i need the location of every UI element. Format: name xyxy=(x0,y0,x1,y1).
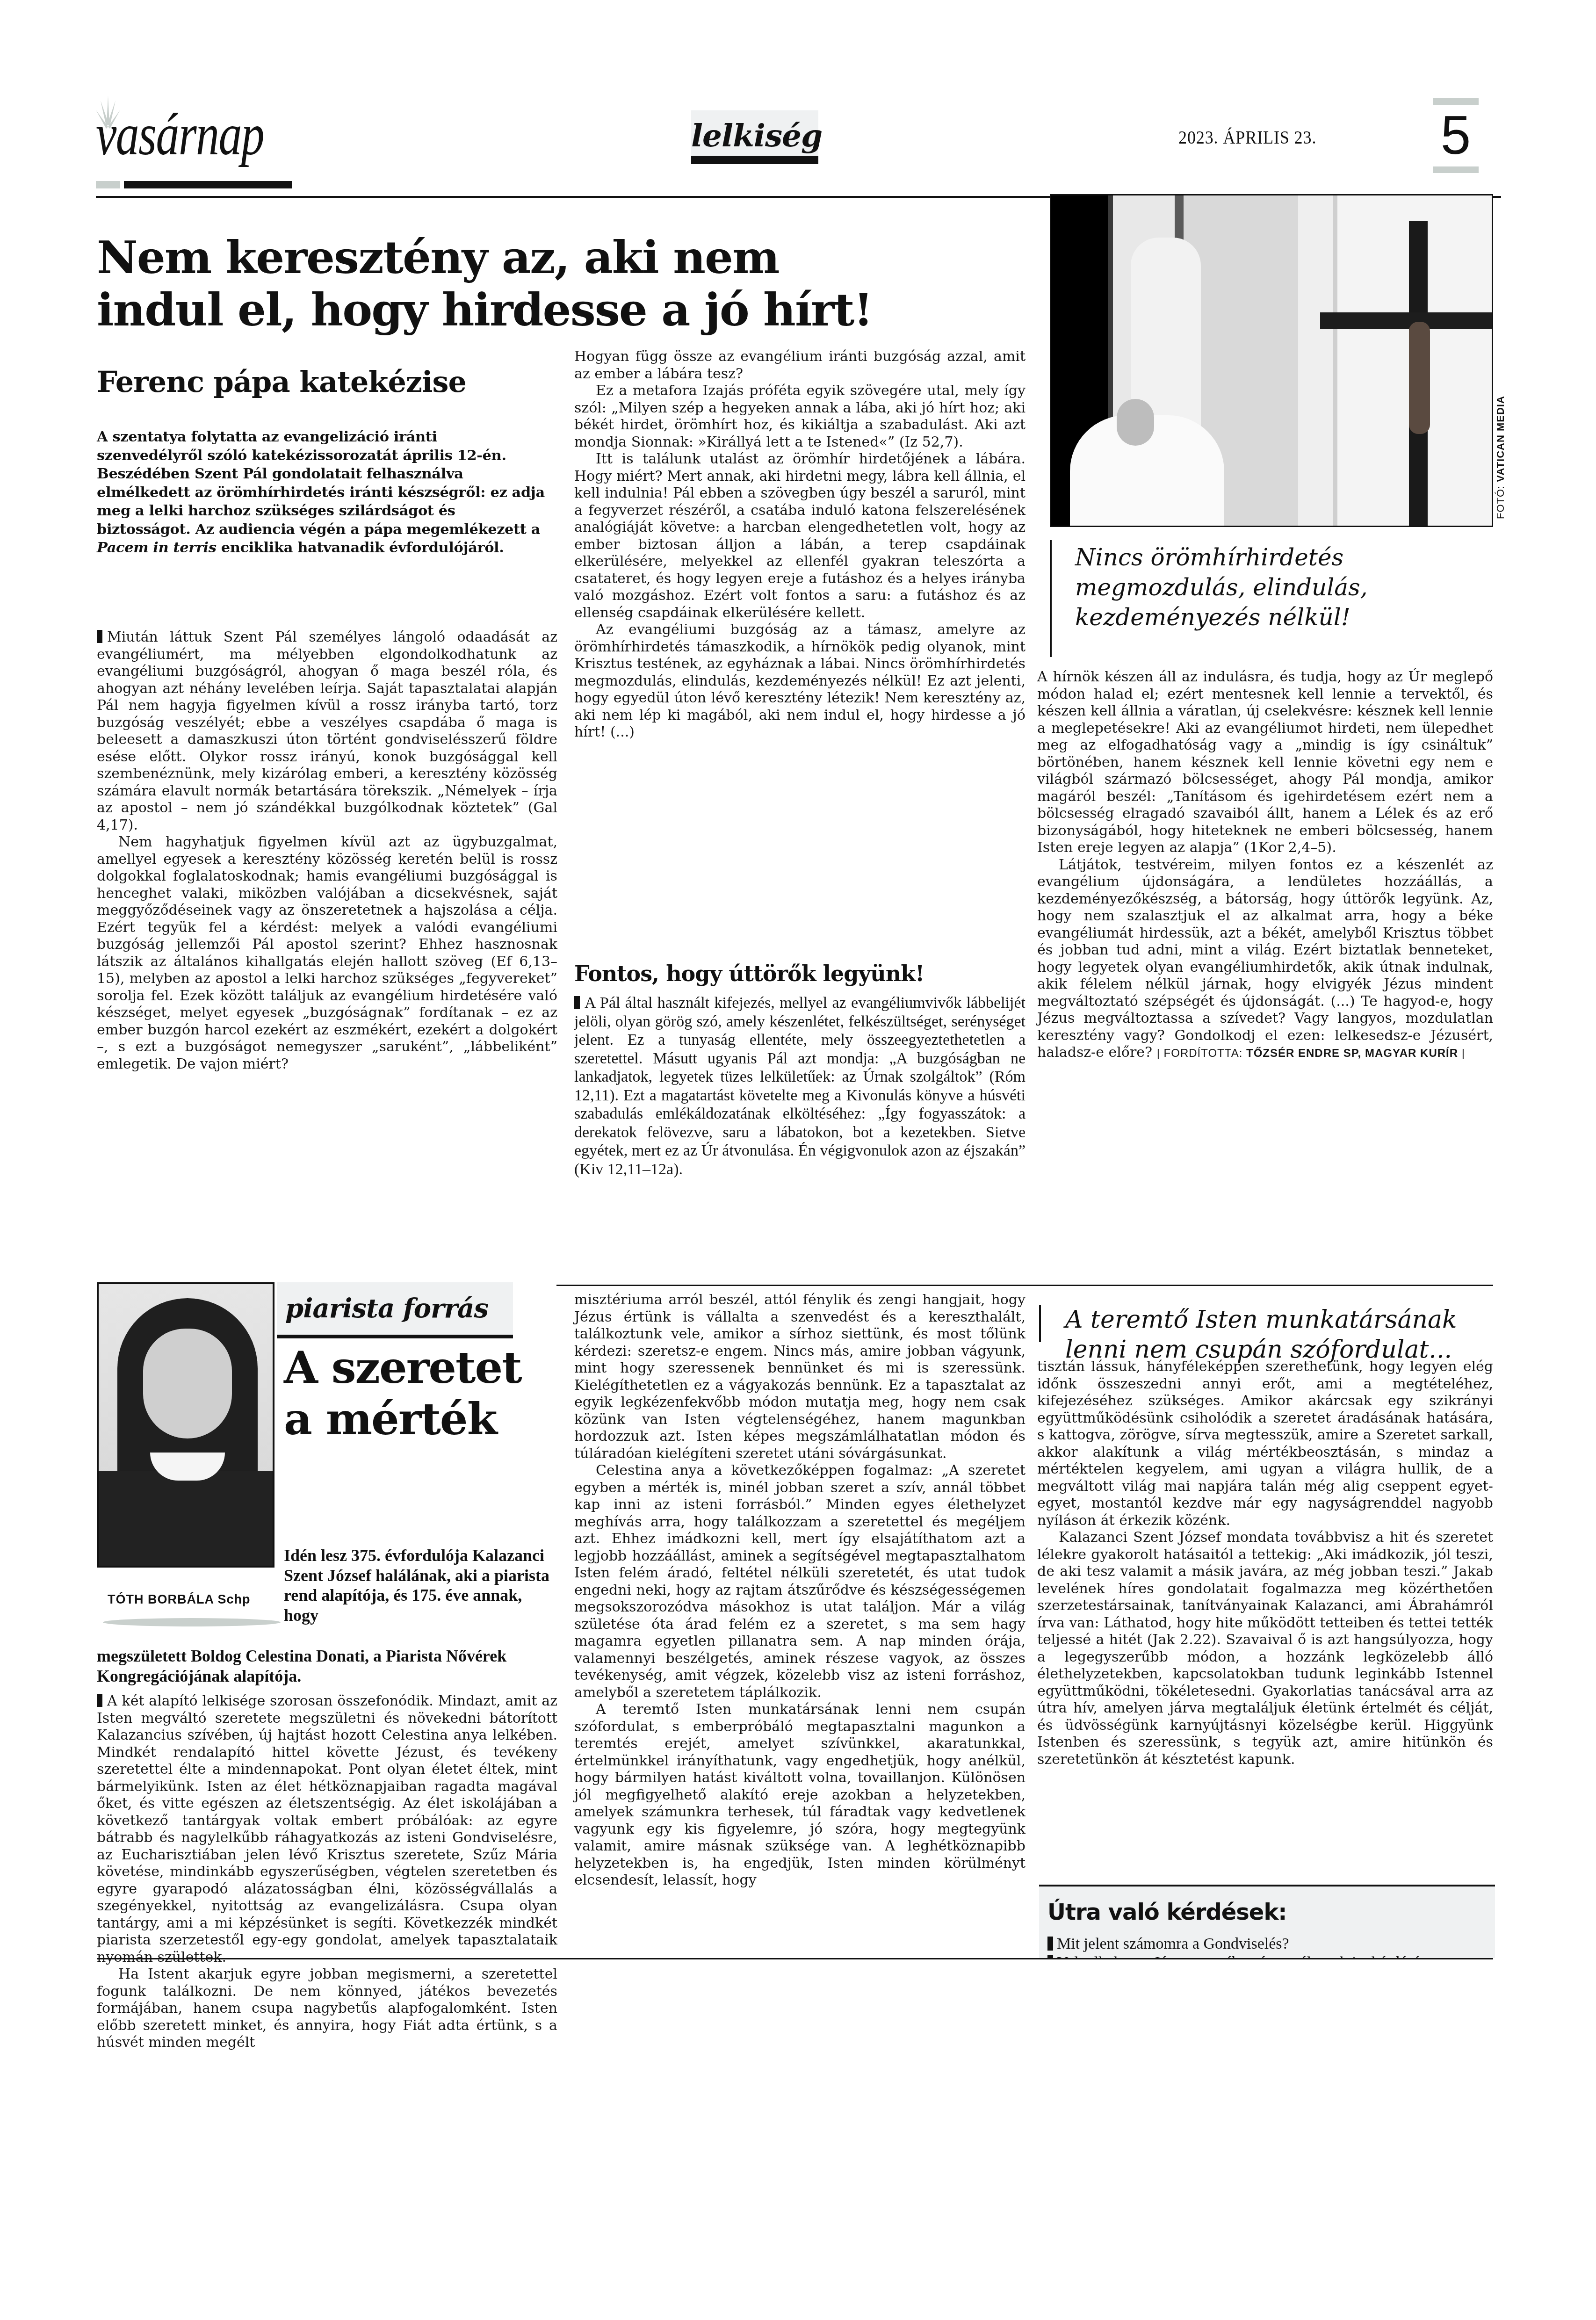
pull-quote: Nincs örömhírhirdetés megmozdulás, elind… xyxy=(1050,540,1494,657)
photo-credit-name: VATICAN MEDIA xyxy=(1495,396,1506,482)
article1-column-1: Miután láttuk Szent Pál személyes lángol… xyxy=(97,629,557,1073)
crucifix-beam xyxy=(1320,312,1493,329)
article-kicker: Ferenc pápa katekézise xyxy=(97,365,466,399)
paragraph: Itt is találunk utalást az örömhír hirde… xyxy=(574,451,1025,622)
pope-crucifix-photo xyxy=(1050,194,1493,527)
author-name: TÓTH BORBÁLA Schp xyxy=(108,1592,250,1607)
article2-column-3: tisztán lássuk, hányféleképpen szerethet… xyxy=(1037,1359,1493,1768)
page-number: 5 xyxy=(1441,105,1471,166)
masthead: vasárnap xyxy=(96,96,339,175)
crucifix-corpus xyxy=(1409,322,1430,434)
paragraph: Nem hagyhatjuk figyelmen kívül azt az üg… xyxy=(97,834,557,1073)
masthead-underline xyxy=(124,181,292,188)
questions-title: Útra való kérdések: xyxy=(1047,1898,1487,1926)
paragraph-marker-icon xyxy=(97,1694,102,1707)
column-tag: piarista forrás xyxy=(277,1282,513,1338)
article1-column-2b: A Pál által használt kifejezés, mellyel … xyxy=(574,994,1025,1178)
questions-box: Útra való kérdések: Mit jelent számomra … xyxy=(1039,1885,1495,1958)
masthead-logo: vasárnap xyxy=(96,104,264,164)
question-text: Mit jelent számomra a Gondviselés? xyxy=(1057,1935,1289,1952)
question-text: Volt alkalmam Jézus szemébe nézve válasz… xyxy=(1047,1954,1437,1958)
author-portrait xyxy=(97,1282,274,1568)
article2-column-2: misztériuma arról beszél, attól fénylik … xyxy=(574,1292,1025,1889)
article2-lead-continued: megszületett Boldog Celestina Donati, a … xyxy=(97,1646,557,1686)
section-divider xyxy=(556,1285,1493,1286)
article2-lead: Idén lesz 375. évfordulója Kalazanci Sze… xyxy=(284,1546,555,1625)
issue-date: 2023. ÁPRILIS 23. xyxy=(1178,126,1316,148)
paragraph: A teremtő Isten munkatársának lenni nem … xyxy=(574,1701,1025,1889)
paragraph-text: A két alapító lelkisége szorosan összefo… xyxy=(97,1693,557,1966)
paragraph: A két alapító lelkisége szorosan összefo… xyxy=(97,1693,557,1966)
paragraph: Hogyan függ össze az evangélium iránti b… xyxy=(574,348,1025,383)
article2-pull-quote: A teremtő Isten munkatársának lenni nem … xyxy=(1039,1305,1483,1342)
paragraph: Látjátok, testvéreim, milyen fontos ez a… xyxy=(1037,857,1493,1062)
article1-column-2: Hogyan függ össze az evangélium iránti b… xyxy=(574,348,1025,741)
lead-emphasis: Pacem in terris xyxy=(97,539,217,556)
article2-column-1: A két alapító lelkisége szorosan összefo… xyxy=(97,1693,557,2052)
bullet-marker-icon xyxy=(1047,1937,1053,1951)
lead-text: A szentatya folytatta az evangelizáció i… xyxy=(97,428,545,538)
article1-column-3: A hírnök készen áll az indulásra, és tud… xyxy=(1037,669,1493,1062)
masthead-accent xyxy=(96,181,120,188)
paragraph: misztériuma arról beszél, attól fénylik … xyxy=(574,1292,1025,1462)
photo-pope-head xyxy=(1117,399,1154,446)
article-lead: A szentatya folytatta az evangelizáció i… xyxy=(97,428,546,557)
article2-headline: A szeretet a mérték xyxy=(284,1342,546,1445)
photo-credit-label: FOTÓ: xyxy=(1495,485,1506,519)
paragraph-marker-icon xyxy=(97,630,102,643)
paragraph-text: Látjátok, testvéreim, milyen fontos ez a… xyxy=(1037,857,1493,1061)
paragraph: Az evangéliumi buzgóság az a támasz, ame… xyxy=(574,622,1025,741)
paragraph-text: Miután láttuk Szent Pál személyes lángol… xyxy=(97,629,557,833)
paragraph: Celestina anya a következőképpen fogalma… xyxy=(574,1462,1025,1701)
paragraph: Miután láttuk Szent Pál személyes lángol… xyxy=(97,629,557,834)
paragraph-marker-icon xyxy=(574,996,580,1009)
paragraph: tisztán lássuk, hányféleképpen szerethet… xyxy=(1037,1359,1493,1529)
question-item: Mit jelent számomra a Gondviselés? xyxy=(1047,1935,1487,1953)
section-label: lelkiség xyxy=(691,117,822,154)
translator-label: FORDÍTOTTA: xyxy=(1164,1047,1243,1060)
caption-underline xyxy=(103,1618,281,1626)
page-number-box: 5 xyxy=(1433,98,1479,173)
paragraph-text: A Pál által használt kifejezés, mellyel … xyxy=(574,994,1025,1178)
bottom-divider xyxy=(97,1958,1493,1959)
column-tag-label: piarista forrás xyxy=(285,1293,488,1324)
question-item: Volt alkalmam Jézus szemébe nézve válasz… xyxy=(1047,1953,1487,1958)
questions-list: Mit jelent számomra a Gondviselés? Volt … xyxy=(1047,1935,1487,1958)
section-tag: lelkiség xyxy=(691,110,818,164)
lead-text-end: enciklika hatvanadik évfordulójáról. xyxy=(217,539,504,556)
paragraph: A Pál által használt kifejezés, mellyel … xyxy=(574,994,1025,1178)
translator-credit: | FORDÍTOTTA: TŐZSÉR ENDRE SP, MAGYAR KU… xyxy=(1157,1047,1465,1060)
photo-credit: FOTÓ: VATICAN MEDIA xyxy=(1495,396,1507,519)
portrait-face xyxy=(143,1329,232,1438)
article1-subhead: Fontos, hogy úttörők legyünk! xyxy=(574,961,924,986)
article-headline: Nem keresztény az, aki nem indul el, hog… xyxy=(97,231,892,336)
translator-name: TŐZSÉR ENDRE SP, MAGYAR KURÍR xyxy=(1246,1047,1458,1060)
paragraph: Ha Istent akarjuk egyre jobban megismern… xyxy=(97,1966,557,2052)
paragraph: Ez a metafora Izajás próféta egyik szöve… xyxy=(574,383,1025,451)
paragraph: Kalazanci Szent József mondata továbbvis… xyxy=(1037,1529,1493,1768)
paragraph: A hírnök készen áll az indulásra, és tud… xyxy=(1037,669,1493,857)
portrait-habit xyxy=(99,1471,274,1568)
